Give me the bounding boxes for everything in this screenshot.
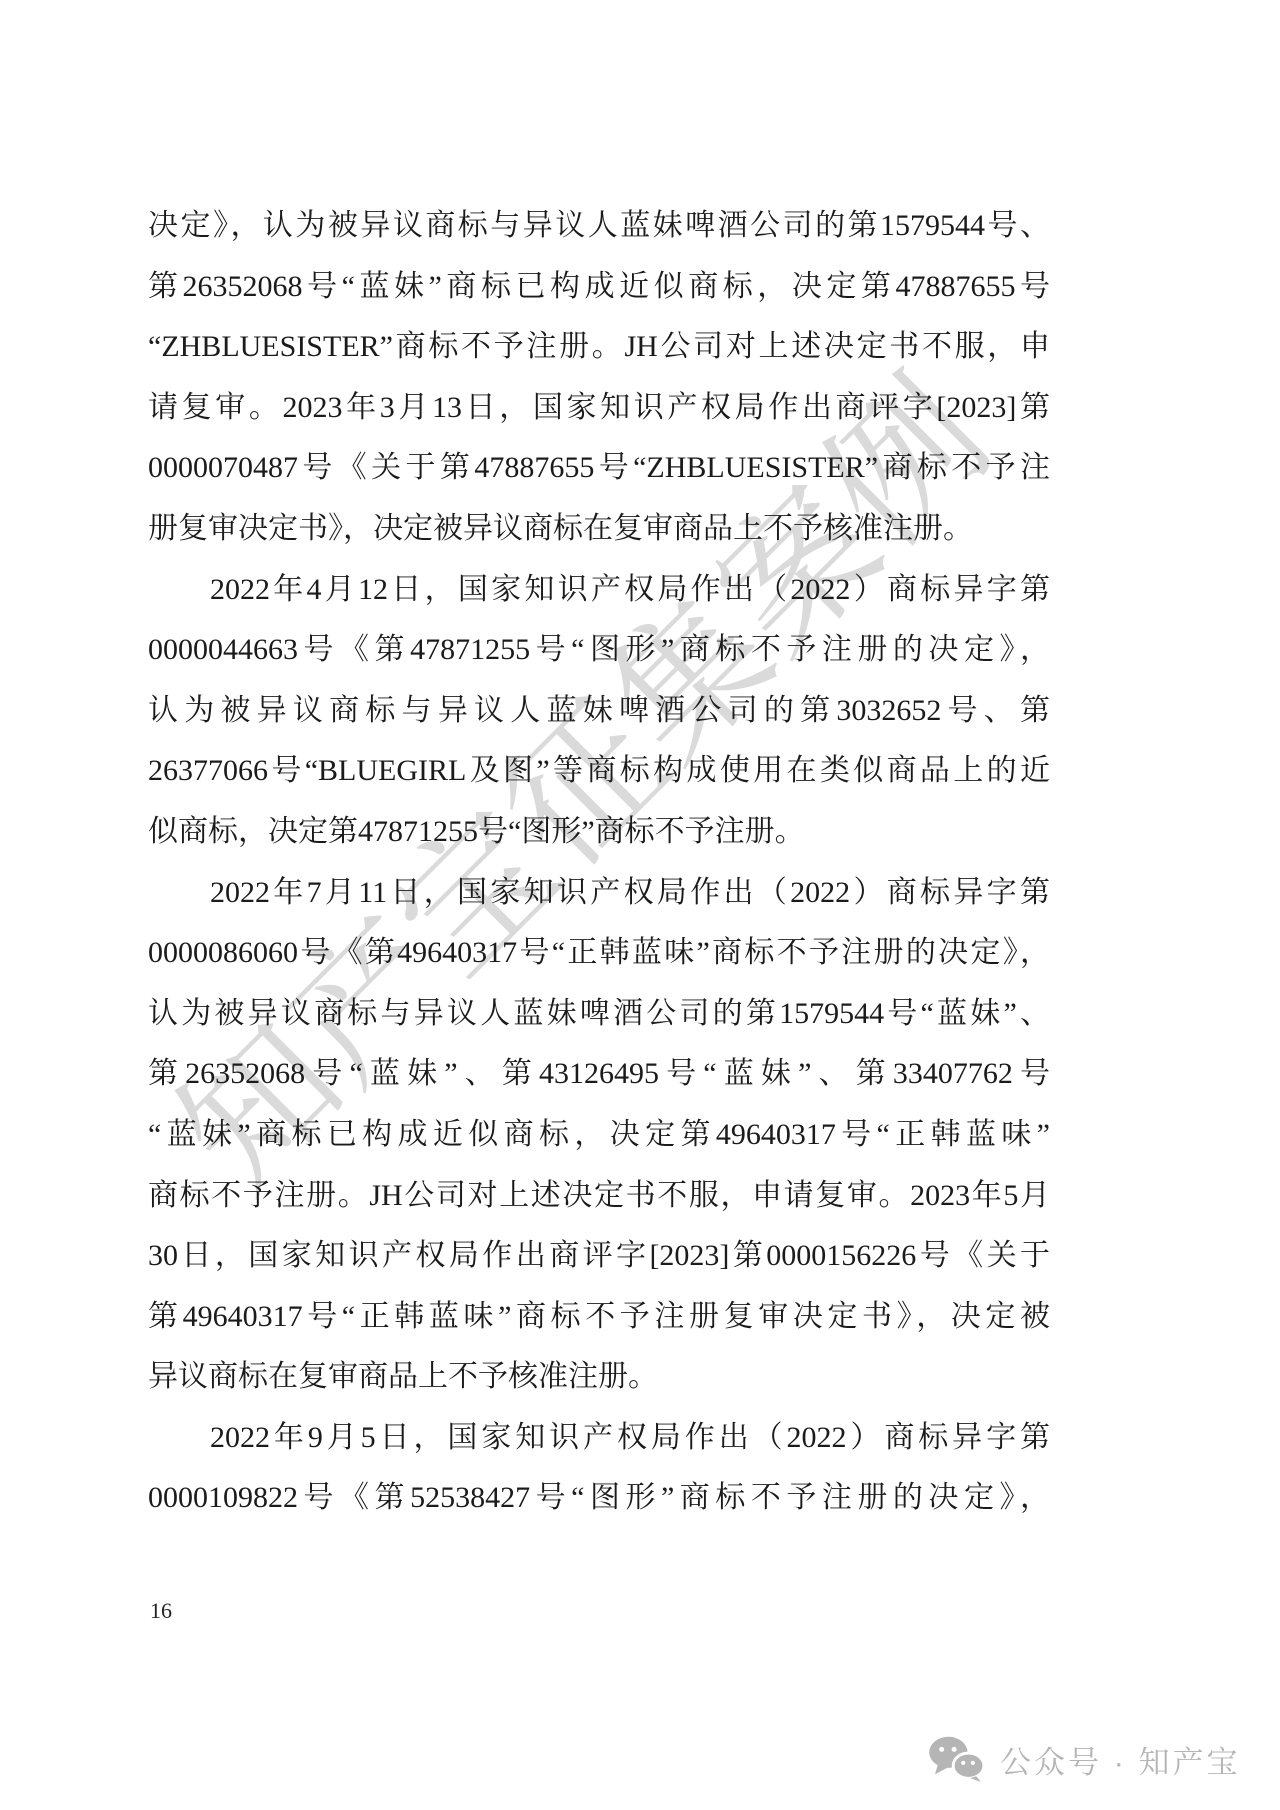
document-line: 认为被异议商标与异议人蓝妹啤酒公司的第1579544号“蓝妹”、 xyxy=(148,984,1050,1045)
document-line: 第49640317号“正韩蓝味”商标不予注册复审决定书》，决定被 xyxy=(148,1287,1050,1348)
document-line: 商标不予注册。JH公司对上述决定书不服，申请复审。2023年5月 xyxy=(148,1166,1050,1227)
wechat-icon xyxy=(928,1736,986,1782)
document-line: 0000070487号《关于第47887655号“ZHBLUESISTER”商标… xyxy=(148,438,1050,499)
document-line: 册复审决定书》，决定被异议商标在复审商品上不予核准注册。 xyxy=(148,499,1050,560)
document-line: 2022年9月5日，国家知识产权局作出（2022）商标异字第 xyxy=(148,1408,1050,1469)
document-line: 似商标，决定第47871255号“图形”商标不予注册。 xyxy=(148,802,1050,863)
document-line: 决定》，认为被异议商标与异议人蓝妹啤酒公司的第1579544号、 xyxy=(148,196,1050,257)
document-line: “蓝妹”商标已构成近似商标，决定第49640317号“正韩蓝味” xyxy=(148,1105,1050,1166)
document-line: 异议商标在复审商品上不予核准注册。 xyxy=(148,1347,1050,1408)
footer-label: 公众号 · 知产宝 xyxy=(1000,1737,1241,1782)
document-line: 26377066号“BLUEGIRL及图”等商标构成使用在类似商品上的近 xyxy=(148,741,1050,802)
document-line: 2022年7月11日，国家知识产权局作出（2022）商标异字第 xyxy=(148,863,1050,924)
document-line: 第26352068号“蓝妹”商标已构成近似商标，决定第47887655号 xyxy=(148,257,1050,318)
document-body: 决定》，认为被异议商标与异议人蓝妹啤酒公司的第1579544号、 第263520… xyxy=(148,196,1050,1529)
document-line: 0000086060号《第49640317号“正韩蓝味”商标不予注册的决定》， xyxy=(148,923,1050,984)
page-number: 16 xyxy=(150,1598,172,1624)
document-line: 第26352068号“蓝妹”、第43126495号“蓝妹”、第33407762号 xyxy=(148,1044,1050,1105)
document-line: 请复审。2023年3月13日，国家知识产权局作出商评字[2023]第 xyxy=(148,378,1050,439)
document-line: 0000044663号《第47871255号“图形”商标不予注册的决定》， xyxy=(148,620,1050,681)
document-line: 30日，国家知识产权局作出商评字[2023]第0000156226号《关于 xyxy=(148,1226,1050,1287)
footer: 公众号 · 知产宝 xyxy=(928,1736,1241,1782)
document-line: 认为被异议商标与异议人蓝妹啤酒公司的第3032652号、第 xyxy=(148,681,1050,742)
document-line: 0000109822号《第52538427号“图形”商标不予注册的决定》， xyxy=(148,1468,1050,1529)
document-line: “ZHBLUESISTER”商标不予注册。JH公司对上述决定书不服，申 xyxy=(148,317,1050,378)
document-line: 2022年4月12日，国家知识产权局作出（2022）商标异字第 xyxy=(148,560,1050,621)
